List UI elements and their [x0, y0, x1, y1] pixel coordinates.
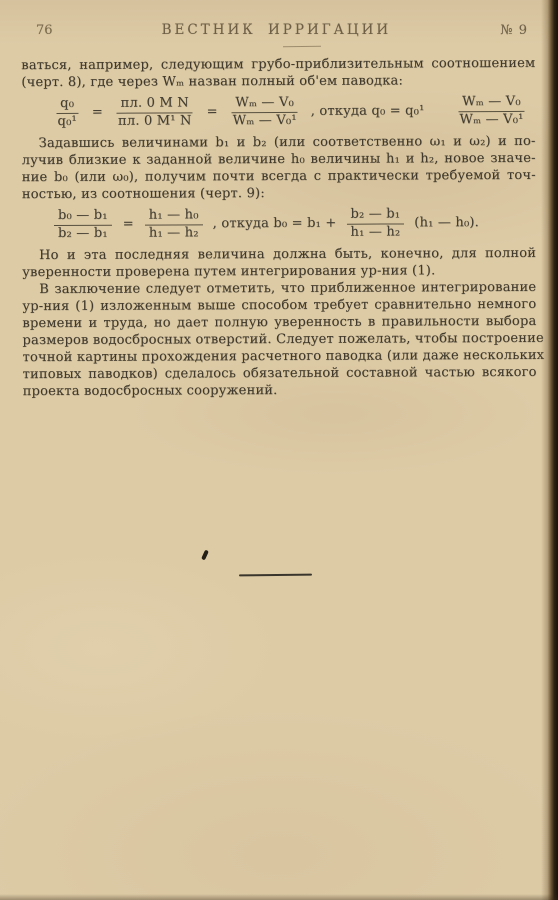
article-body: ваться, например, следующим грубо-прибли…: [21, 55, 536, 400]
formula-interpolation: b₀ — b₁ b₂ — b₁ = h₁ — h₀ h₁ — h₂ , отку…: [22, 201, 536, 247]
journal-title: ВЕСТНИК ИРРИГАЦИИ: [162, 22, 392, 38]
text-line: типовых паводков) сделалось обязательной…: [23, 364, 537, 383]
text-line: проекта водосбросных сооружений.: [23, 381, 537, 400]
page-header: 76 ВЕСТНИК ИРРИГАЦИИ № 9: [0, 22, 558, 38]
ink-speck-mark: [201, 550, 209, 561]
fraction-numerator: h₁ — h₀: [145, 208, 203, 225]
fraction-numerator: Wₘ — V₀: [458, 94, 525, 111]
scan-edge-shadow-right: [541, 0, 558, 900]
fraction-denominator: пл. 0 M¹ N: [114, 113, 196, 129]
fraction-numerator: пл. 0 M N: [117, 96, 193, 113]
fraction-denominator: Wₘ — V₀¹: [455, 111, 527, 127]
scanned-journal-page: 76 ВЕСТНИК ИРРИГАЦИИ № 9 ваться, наприме…: [0, 0, 558, 900]
formula-text: , откуда q₀ = q₀¹: [311, 104, 425, 119]
fraction: пл. 0 M N пл. 0 M¹ N: [114, 96, 196, 129]
equals-sign: =: [123, 217, 134, 232]
fraction-denominator: b₂ — b₁: [54, 225, 112, 241]
formula-text: , откуда b₀ = b₁ +: [213, 216, 337, 231]
equals-sign: =: [207, 105, 218, 120]
fraction-denominator: q₀¹: [54, 113, 81, 129]
fraction: Wₘ — V₀ Wₘ — V₀¹: [229, 95, 301, 128]
end-of-article-divider: [239, 574, 312, 577]
formula-discharge-ratio: q₀ q₀¹ = пл. 0 M N пл. 0 M¹ N = Wₘ — V₀ …: [21, 89, 535, 135]
text-line: ние b₀ (или ω₀), получим почти всегда с …: [22, 167, 536, 186]
issue-number: № 9: [500, 23, 528, 38]
fraction: b₂ — b₁ h₁ — h₂: [346, 207, 404, 240]
text-line: Но и эта последняя величина должна быть,…: [22, 245, 536, 264]
fraction: b₀ — b₁ b₂ — b₁: [54, 208, 112, 241]
fraction-denominator: Wₘ — V₀¹: [229, 112, 301, 128]
fraction-numerator: Wₘ — V₀: [231, 95, 298, 112]
fraction-denominator: h₁ — h₂: [145, 225, 203, 241]
equals-sign: =: [92, 105, 103, 120]
text-line: ваться, например, следующим грубо-прибли…: [21, 55, 535, 74]
fraction-numerator: b₀ — b₁: [54, 208, 112, 225]
fraction-numerator: b₂ — b₁: [346, 207, 404, 224]
fraction: Wₘ — V₀ Wₘ — V₀¹: [455, 94, 527, 127]
fraction-numerator: q₀: [56, 96, 78, 113]
title-underline-mark: [283, 46, 321, 48]
fraction: h₁ — h₀ h₁ — h₂: [145, 208, 203, 241]
page-number: 76: [36, 23, 53, 38]
formula-text: (h₁ — h₀).: [414, 216, 479, 231]
fraction-denominator: h₁ — h₂: [346, 224, 404, 240]
fraction: q₀ q₀¹: [53, 96, 81, 129]
scan-edge-shadow-bottom: [0, 894, 558, 900]
